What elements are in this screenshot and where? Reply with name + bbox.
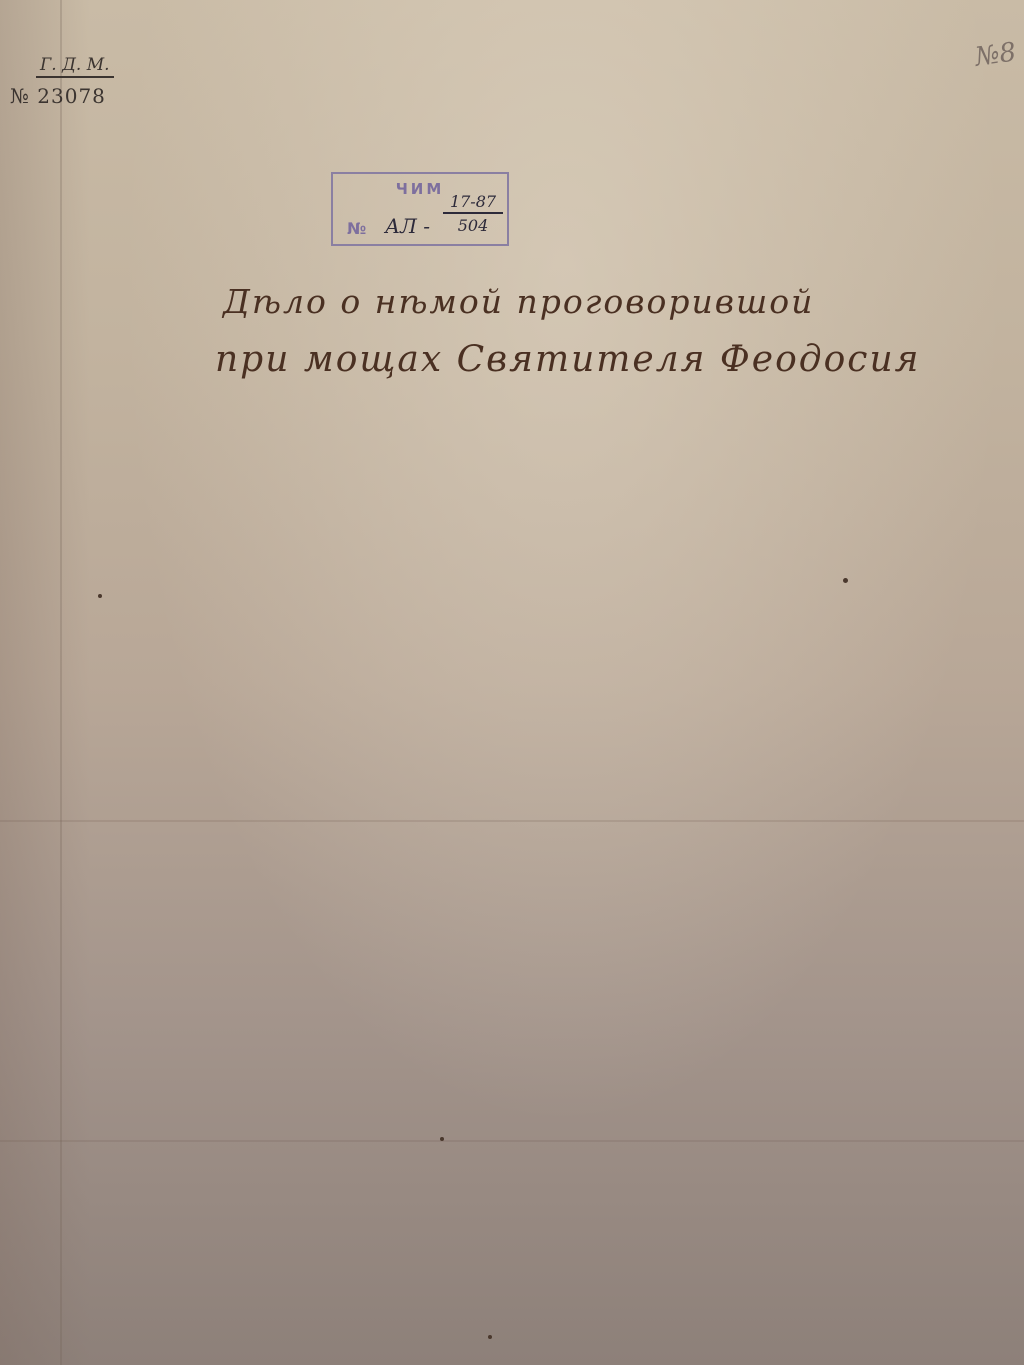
archive-mark: Г. Д. М. № 23078 — [10, 55, 114, 108]
stamp-numerator: 17-87 — [443, 192, 503, 214]
paper-fold — [60, 0, 62, 1365]
ink-speck — [488, 1335, 492, 1339]
museum-stamp: ЧИМ № АЛ - 17-87 504 — [331, 172, 509, 246]
handwritten-title: Дѣло о нѣмой проговорившой при мощах Свя… — [215, 282, 995, 380]
paper-crease — [0, 820, 1024, 822]
ink-speck — [440, 1137, 444, 1141]
title-line-1: Дѣло о нѣмой проговорившой — [223, 282, 995, 321]
ink-speck — [843, 578, 848, 583]
stamp-number-label: № — [347, 219, 366, 238]
ink-speck — [98, 594, 102, 598]
archive-mark-number: № 23078 — [10, 84, 114, 108]
stamp-denominator: 504 — [443, 214, 503, 235]
stamp-fraction: 17-87 504 — [443, 192, 503, 235]
stamp-series: АЛ - — [385, 214, 430, 238]
paper-crease — [0, 1140, 1024, 1142]
manuscript-cover: Г. Д. М. № 23078 ЧИМ № АЛ - 17-87 504 №8… — [0, 0, 1024, 1365]
title-line-2: при мощах Святителя Феодосия — [215, 339, 995, 380]
archive-mark-abbrev: Г. Д. М. — [36, 55, 114, 78]
corner-mark: №8 — [973, 37, 1018, 72]
